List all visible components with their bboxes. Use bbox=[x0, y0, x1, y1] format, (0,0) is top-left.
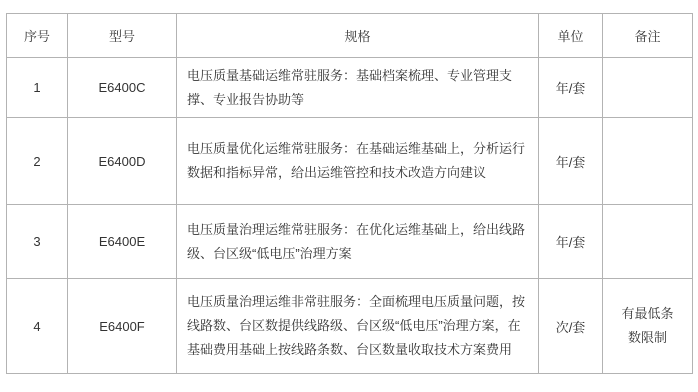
cell-model: E6400E bbox=[68, 205, 177, 279]
cell-model: E6400D bbox=[68, 118, 177, 205]
cell-index: 2 bbox=[7, 118, 68, 205]
table-row: 2E6400D电压质量优化运维常驻服务：在基础运维基础上，分析运行数据和指标异常… bbox=[7, 118, 693, 205]
spec-table: 序号 型号 规格 单位 备注 1E6400C电压质量基础运维常驻服务：基础档案梳… bbox=[6, 13, 693, 374]
table-body: 1E6400C电压质量基础运维常驻服务：基础档案梳理、专业管理支撑、专业报告协助… bbox=[7, 58, 693, 374]
cell-spec: 电压质量优化运维常驻服务：在基础运维基础上，分析运行数据和指标异常，给出运维管控… bbox=[177, 118, 539, 205]
col-header-unit: 单位 bbox=[539, 14, 603, 58]
cell-note: 有最低条数限制 bbox=[603, 279, 693, 374]
cell-note bbox=[603, 118, 693, 205]
col-header-spec: 规格 bbox=[177, 14, 539, 58]
cell-unit: 年/套 bbox=[539, 118, 603, 205]
cell-note bbox=[603, 205, 693, 279]
page: 序号 型号 规格 单位 备注 1E6400C电压质量基础运维常驻服务：基础档案梳… bbox=[0, 0, 698, 392]
cell-unit: 次/套 bbox=[539, 279, 603, 374]
cell-spec: 电压质量基础运维常驻服务：基础档案梳理、专业管理支撑、专业报告协助等 bbox=[177, 58, 539, 118]
cell-note bbox=[603, 58, 693, 118]
col-header-model: 型号 bbox=[68, 14, 177, 58]
cell-index: 1 bbox=[7, 58, 68, 118]
col-header-index: 序号 bbox=[7, 14, 68, 58]
cell-spec: 电压质量治理运维非常驻服务：全面梳理电压质量问题，按线路数、台区数提供线路级、台… bbox=[177, 279, 539, 374]
table-row: 3E6400E电压质量治理运维常驻服务：在优化运维基础上，给出线路级、台区级“低… bbox=[7, 205, 693, 279]
col-header-note: 备注 bbox=[603, 14, 693, 58]
table-row: 4E6400F电压质量治理运维非常驻服务：全面梳理电压质量问题，按线路数、台区数… bbox=[7, 279, 693, 374]
table-row: 1E6400C电压质量基础运维常驻服务：基础档案梳理、专业管理支撑、专业报告协助… bbox=[7, 58, 693, 118]
cell-spec: 电压质量治理运维常驻服务：在优化运维基础上，给出线路级、台区级“低电压”治理方案 bbox=[177, 205, 539, 279]
cell-unit: 年/套 bbox=[539, 205, 603, 279]
cell-unit: 年/套 bbox=[539, 58, 603, 118]
cell-index: 4 bbox=[7, 279, 68, 374]
cell-model: E6400F bbox=[68, 279, 177, 374]
cell-index: 3 bbox=[7, 205, 68, 279]
header-row: 序号 型号 规格 单位 备注 bbox=[7, 14, 693, 58]
cell-model: E6400C bbox=[68, 58, 177, 118]
